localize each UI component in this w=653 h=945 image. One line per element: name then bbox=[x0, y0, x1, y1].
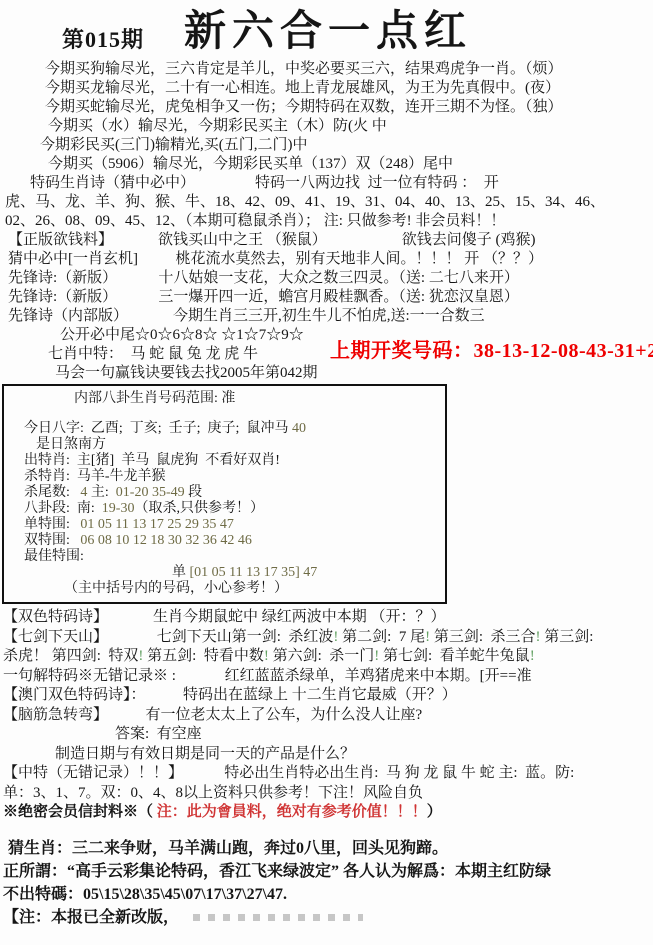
zhong-te-line2: 单：3、1、7。双：0、4、8以上资料只供参考！下注！风险自负 bbox=[0, 784, 653, 804]
riddle-question2: 制造日期与有效日期是同一天的产品是什么？ bbox=[0, 745, 653, 765]
text-segment: 杀尾数: bbox=[24, 485, 80, 500]
exclude-numbers-line: 不出特碼：05\15\28\35\45\07\17\37\27\47. bbox=[0, 883, 653, 906]
zhong-te-line: 【中特（无错记录）！！】 特必出生肖特必出生肖: 马 狗 龙 鼠 牛 蛇 主: … bbox=[0, 764, 653, 784]
riddle-question1: 【脑筋急转弯】 有一位老太太上了公车，为什么没人让座? bbox=[0, 706, 653, 726]
seven-swords-line1: 【七剑下天山】 七剑下天山第一剑: 杀红波! 第二剑: 7 尾! 第三剑: 杀三… bbox=[0, 628, 653, 648]
sections-block: 【双色特码诗】 生肖今期鼠蛇中 绿红两波中本期 （开：？） 【七剑下天山】 七剑… bbox=[0, 608, 653, 823]
text-segment: 杀虎！ 第四剑: 特双 bbox=[3, 648, 138, 664]
text-segment: ※绝密会员信封料※（ bbox=[3, 804, 157, 820]
saying-line: 正所謂：“高手云彩集论特码，香江飞来绿波定” 各人认为解爲：本期主红防绿 bbox=[0, 860, 653, 883]
text-segment: （取杀,只供参考！） bbox=[134, 501, 264, 516]
tip-line: 今期买（水）输尽光，今期彩民买主（木）防(火 中 bbox=[0, 117, 653, 136]
text-segment: 第六剑: 杀一门 bbox=[269, 648, 374, 664]
text-segment: 单 bbox=[172, 565, 190, 580]
issue-number: 第015期 bbox=[62, 23, 144, 54]
tip-line: 今期买狗输尽光，三六肯定是羊儿，中奖必要买三六，结果鸡虎争一肖。（烦） bbox=[0, 60, 653, 79]
text-segment: 段 bbox=[185, 485, 203, 500]
sha-te-xiao-line: 杀特肖: 马羊-牛龙羊猴 bbox=[24, 469, 441, 485]
text-segment: ） bbox=[427, 804, 442, 820]
box-title: 内部八卦生肖号码范围: 准 bbox=[24, 391, 441, 407]
best-numbers-line: 单 [01 05 11 13 17 35] 47 bbox=[24, 565, 441, 581]
tip-line: 今期买蛇输尽光，虎兔相争又一伤；今期特码在双数，连开三期不为怪。（独） bbox=[0, 98, 653, 117]
text-segment: 单特围: bbox=[24, 517, 80, 532]
bagua-info-box: 内部八卦生肖号码范围: 准 今日八字: 乙酉; 丁亥; 壬子; 庚子; 鼠冲马 … bbox=[2, 384, 447, 604]
footer-block: 猜生肖：三二来争财，马羊满山跑，奔过0八里，回头见狗蹄。 正所謂：“高手云彩集论… bbox=[0, 837, 653, 929]
text-segment: 双特围: bbox=[24, 533, 80, 548]
best-label: 最佳特围: bbox=[24, 549, 441, 565]
zodiac-number-list: 虎、马、龙、羊、狗、猴、牛、18、42、09、41、19、31、04、40、13… bbox=[0, 193, 653, 212]
pioneer-poem: 先锋诗:（新版） 十八姑娘一支花，大众之数三四灵。（送: 二七八来开） bbox=[0, 269, 653, 288]
pioneer-poem: 先锋诗:（新版） 三一爆开四一近，蟾宫月殿桂飘香。（送: 犹恋汉皇恩） bbox=[0, 288, 653, 307]
text-segment: 八卦段: 南: bbox=[24, 501, 102, 516]
text-segment: 01-20 35-49 bbox=[116, 485, 185, 500]
member-material-line: ※绝密会员信封料※（ 注：此为會員料，绝对有参考价值！！！） bbox=[0, 803, 653, 823]
text-segment: 第三剑: 杀三合 bbox=[430, 629, 535, 645]
page-title: 新六合一点红 bbox=[184, 10, 472, 54]
jie-te-line: 一句解特码※无错记录※ : 红红蓝蓝杀绿单，羊鸡猪虎来中本期。[开==准 bbox=[0, 667, 653, 687]
shuangse-poem-line: 【双色特码诗】 生肖今期鼠蛇中 绿红两波中本期 （开：？） bbox=[0, 608, 653, 628]
box-spacer bbox=[24, 407, 441, 421]
header: 第015期 新六合一点红 bbox=[0, 0, 653, 58]
text-segment: 第三剑: bbox=[541, 629, 594, 645]
text-segment: 第五剑: 特看中数 bbox=[143, 648, 263, 664]
yuqian-line: 【正版欲钱料】 欲钱买山中之王 （猴鼠） 欲钱去问傻子 (鸡猴) bbox=[0, 231, 653, 250]
text-segment: 01 05 11 13 17 25 29 35 47 bbox=[80, 517, 233, 532]
faded-print-artifact bbox=[193, 914, 363, 921]
revision-note-line: 【注：本报已全新改版， bbox=[0, 906, 653, 929]
text-segment: 19-30 bbox=[102, 501, 135, 516]
revision-note-text: 【注：本报已全新改版， bbox=[3, 909, 179, 926]
guess-zodiac-line: 猜生肖：三二来争财，马羊满山跑，奔过0八里，回头见狗蹄。 bbox=[0, 837, 653, 860]
last-draw-label: 上期开奖号码： bbox=[330, 340, 474, 362]
last-draw-result: 上期开奖号码：38-13-12-08-43-31+26 bbox=[330, 334, 653, 363]
text-segment: 注：此为會員料，绝对有参考价值！！！ bbox=[157, 804, 427, 820]
tip-line: 今期买龙输尽光，二十有一心相连。地上青龙展雄风，为王为先真假中。(夜） bbox=[0, 79, 653, 98]
blank-gap bbox=[0, 823, 653, 837]
ba-gua-line: 八卦段: 南: 19-30（取杀,只供参考！） bbox=[24, 501, 441, 517]
chu-te-xiao-line: 出特肖: 主[猪] 羊马 鼠虎狗 不看好双肖! bbox=[24, 453, 441, 469]
sha-direction-line: 是日煞南方 bbox=[24, 437, 441, 453]
horse-club-line: 马会一句赢钱诀要钱去找2005年第042期 bbox=[0, 364, 653, 383]
text-segment: 今日八字: 乙酉; 丁亥; 壬子; 庚子; 鼠冲马 bbox=[24, 421, 292, 436]
text-segment: 【七剑下天山】 七剑下天山第一剑: 杀红波 bbox=[3, 629, 333, 645]
lottery-tip-sheet: 第015期 新六合一点红 今期买狗输尽光，三六肯定是羊儿，中奖必要买三六，结果鸡… bbox=[0, 0, 653, 945]
text-segment: 主: bbox=[87, 485, 115, 500]
box-caution-line: （主中括号内的号码，小心参考！） bbox=[24, 581, 441, 597]
zodiac-poem-heading: 特码生肖诗（猜中必中） 特码一八两边找 过一位有特码 ： 开 bbox=[0, 174, 653, 193]
dan-te-line: 单特围: 01 05 11 13 17 25 29 35 47 bbox=[24, 517, 441, 533]
tip-line: 今期买（5906）输尽光，今期彩民买单（137）双（248）尾中 bbox=[0, 155, 653, 174]
pioneer-poem-internal: 先锋诗（内部版） 今期生肖三三开,初生牛儿不怕虎,送:一一合数三 bbox=[0, 307, 653, 326]
sha-wei-line: 杀尾数: 4 主: 01-20 35-49 段 bbox=[24, 485, 441, 501]
yixiao-line: 猜中必中[一肖玄机] 桃花流水莫然去，别有天地非人间。！！！ 开 （？？） bbox=[0, 250, 653, 269]
text-segment: 40 bbox=[292, 421, 306, 436]
bazi-line: 今日八字: 乙酉; 丁亥; 壬子; 庚子; 鼠冲马 40 bbox=[24, 421, 441, 437]
seven-swords-line2: 杀虎！ 第四剑: 特双! 第五剑: 特看中数! 第六剑: 杀一门! 第七剑: 看… bbox=[0, 647, 653, 667]
text-segment: 第二剑: 7 尾 bbox=[338, 629, 425, 645]
text-segment: 第七剑: 看羊蛇牛兔鼠 bbox=[379, 648, 529, 664]
text-segment: 06 08 10 12 18 30 32 36 42 46 bbox=[80, 533, 252, 548]
zodiac-number-list: 02、26、08、09、45、12、（本期可稳鼠杀肖）； 注: 只做参考! 非会… bbox=[0, 212, 653, 231]
text-segment: [01 05 11 13 17 35] 47 bbox=[190, 565, 318, 580]
aomen-poem-line: 【澳门双色特码诗】： 特码出在蓝绿上 十二生肖它最威（开？） bbox=[0, 686, 653, 706]
last-draw-numbers: 38-13-12-08-43-31+26 bbox=[474, 340, 653, 362]
riddle-answer: 答案: 有空座 bbox=[0, 725, 653, 745]
shuang-te-line: 双特围: 06 08 10 12 18 30 32 36 42 46 bbox=[24, 533, 441, 549]
tip-line: 今期彩民买(三门)输精光,买(五门,二门)中 bbox=[0, 136, 653, 155]
text-segment: ! bbox=[530, 648, 535, 664]
